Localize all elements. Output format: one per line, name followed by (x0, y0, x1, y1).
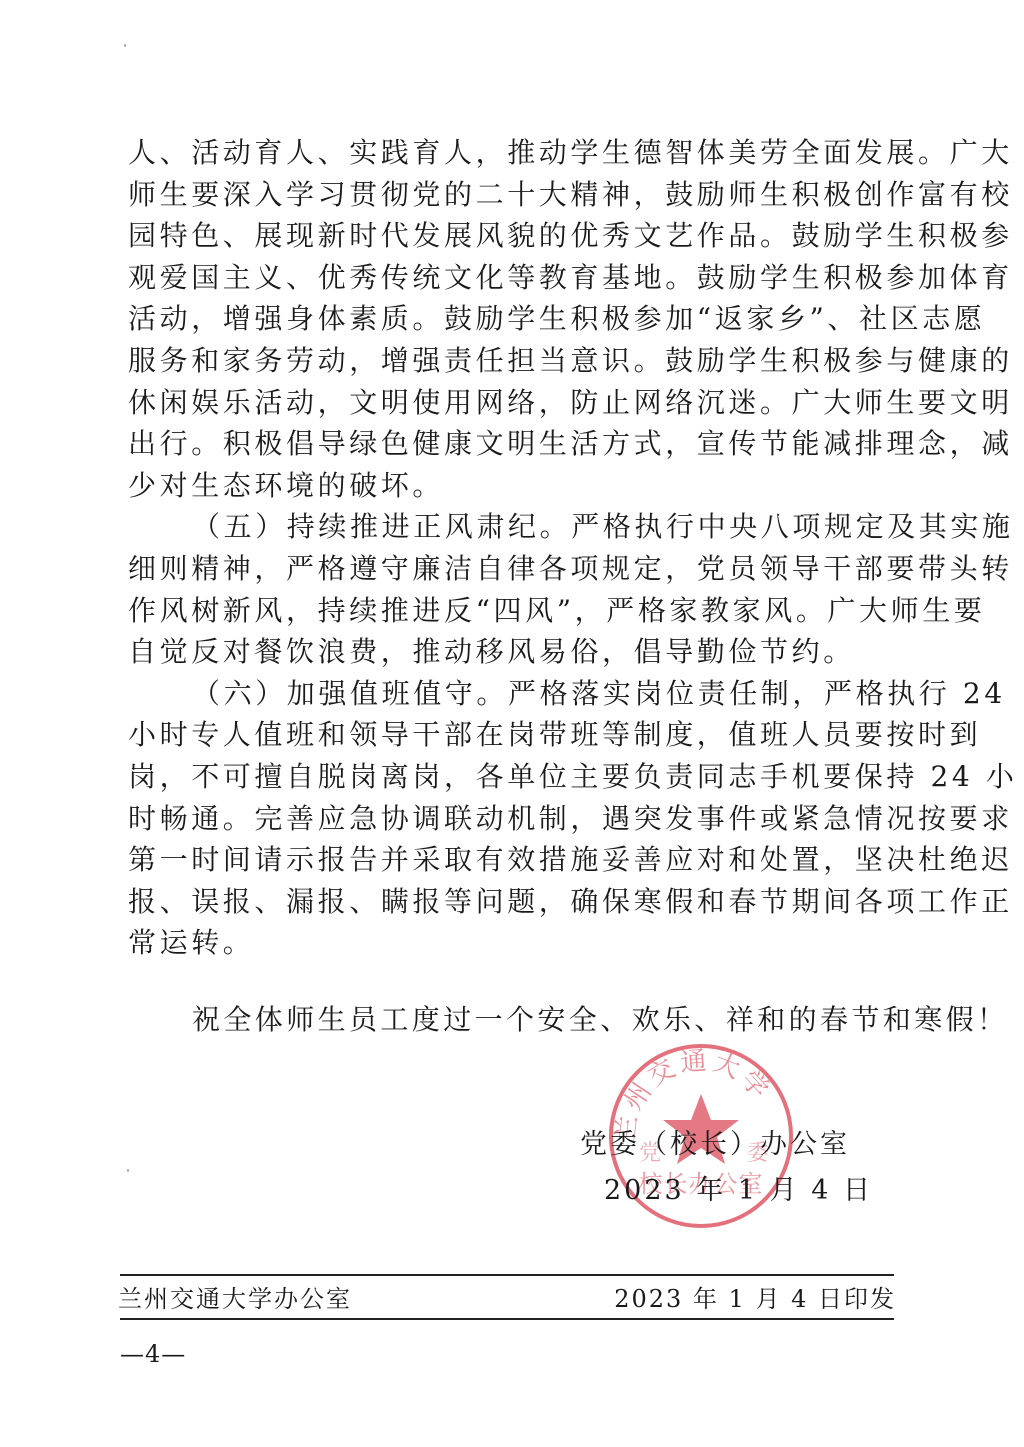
body-line: 休闲娱乐活动，文明使用网络，防止网络沉迷。广大师生要文明 (128, 382, 896, 424)
footer-top-rule (120, 1274, 894, 1276)
body-line: 自觉反对餐饮浪费，推动移风易俗，倡导勤俭节约。 (128, 631, 896, 673)
body-line: 岗，不可擅自脱岗离岗，各单位主要负责同志手机要保持 24 小 (128, 756, 896, 798)
body-line: 作风树新风，持续推进反“四风”，严格家教家风。广大师生要 (128, 590, 896, 632)
body-line: 园特色、展现新时代发展风貌的优秀文艺作品。鼓励学生积极参 (128, 215, 896, 257)
scan-speck (124, 44, 126, 47)
signature-date: 2023 年 1 月 4 日 (580, 1168, 840, 1214)
body-line: 服务和家务劳动，增强责任担当意识。鼓励学生积极参与健康的 (128, 340, 896, 382)
footer-row: 兰州交通大学办公室 2023 年 1 月 4 日印发 (118, 1282, 896, 1316)
section-six-heading-line: （六）加强值班值守。严格落实岗位责任制，严格执行 24 (128, 673, 896, 715)
footer-issuer: 兰州交通大学办公室 (118, 1282, 352, 1316)
body-line: 人、活动育人、实践育人，推动学生德智体美劳全面发展。广大 (128, 132, 896, 174)
scan-speck (127, 1169, 129, 1172)
signature-block: 党委（校长）办公室 2023 年 1 月 4 日 (580, 1122, 840, 1214)
signature-office: 党委（校长）办公室 (580, 1122, 840, 1168)
footer-print-date: 2023 年 1 月 4 日印发 (614, 1282, 896, 1316)
closing-greeting: 祝全体师生员工度过一个安全、欢乐、祥和的春节和寒假！ (192, 998, 1008, 1038)
body-line: 观爱国主义、优秀传统文化等教育基地。鼓励学生积极参加体育 (128, 257, 896, 299)
footer-bottom-rule (120, 1318, 894, 1320)
page-number: —4— (120, 1340, 186, 1368)
body-line: 出行。积极倡导绿色健康文明生活方式，宣传节能减排理念，减 (128, 423, 896, 465)
body-line: 少对生态环境的破坏。 (128, 465, 896, 507)
body-line: 常运转。 (128, 922, 896, 964)
section-five-heading-line: （五）持续推进正风肃纪。严格执行中央八项规定及其实施 (128, 506, 896, 548)
body-line: 活动，增强身体素质。鼓励学生积极参加“返家乡”、社区志愿 (128, 298, 896, 340)
body-line: 第一时间请示报告并采取有效措施妥善应对和处置，坚决杜绝迟 (128, 839, 896, 881)
body-line: 师生要深入学习贯彻党的二十大精神，鼓励师生积极创作富有校 (128, 174, 896, 216)
body-line: 细则精神，严格遵守廉洁自律各项规定，党员领导干部要带头转 (128, 548, 896, 590)
document-page: 人、活动育人、实践育人，推动学生德智体美劳全面发展。广大 师生要深入学习贯彻党的… (0, 0, 1024, 1447)
body-line: 小时专人值班和领导干部在岗带班等制度，值班人员要按时到 (128, 714, 896, 756)
body-line: 时畅通。完善应急协调联动机制，遇突发事件或紧急情况按要求 (128, 798, 896, 840)
body-text: 人、活动育人、实践育人，推动学生德智体美劳全面发展。广大 师生要深入学习贯彻党的… (128, 132, 896, 964)
body-line: 报、误报、漏报、瞒报等问题，确保寒假和春节期间各项工作正 (128, 881, 896, 923)
